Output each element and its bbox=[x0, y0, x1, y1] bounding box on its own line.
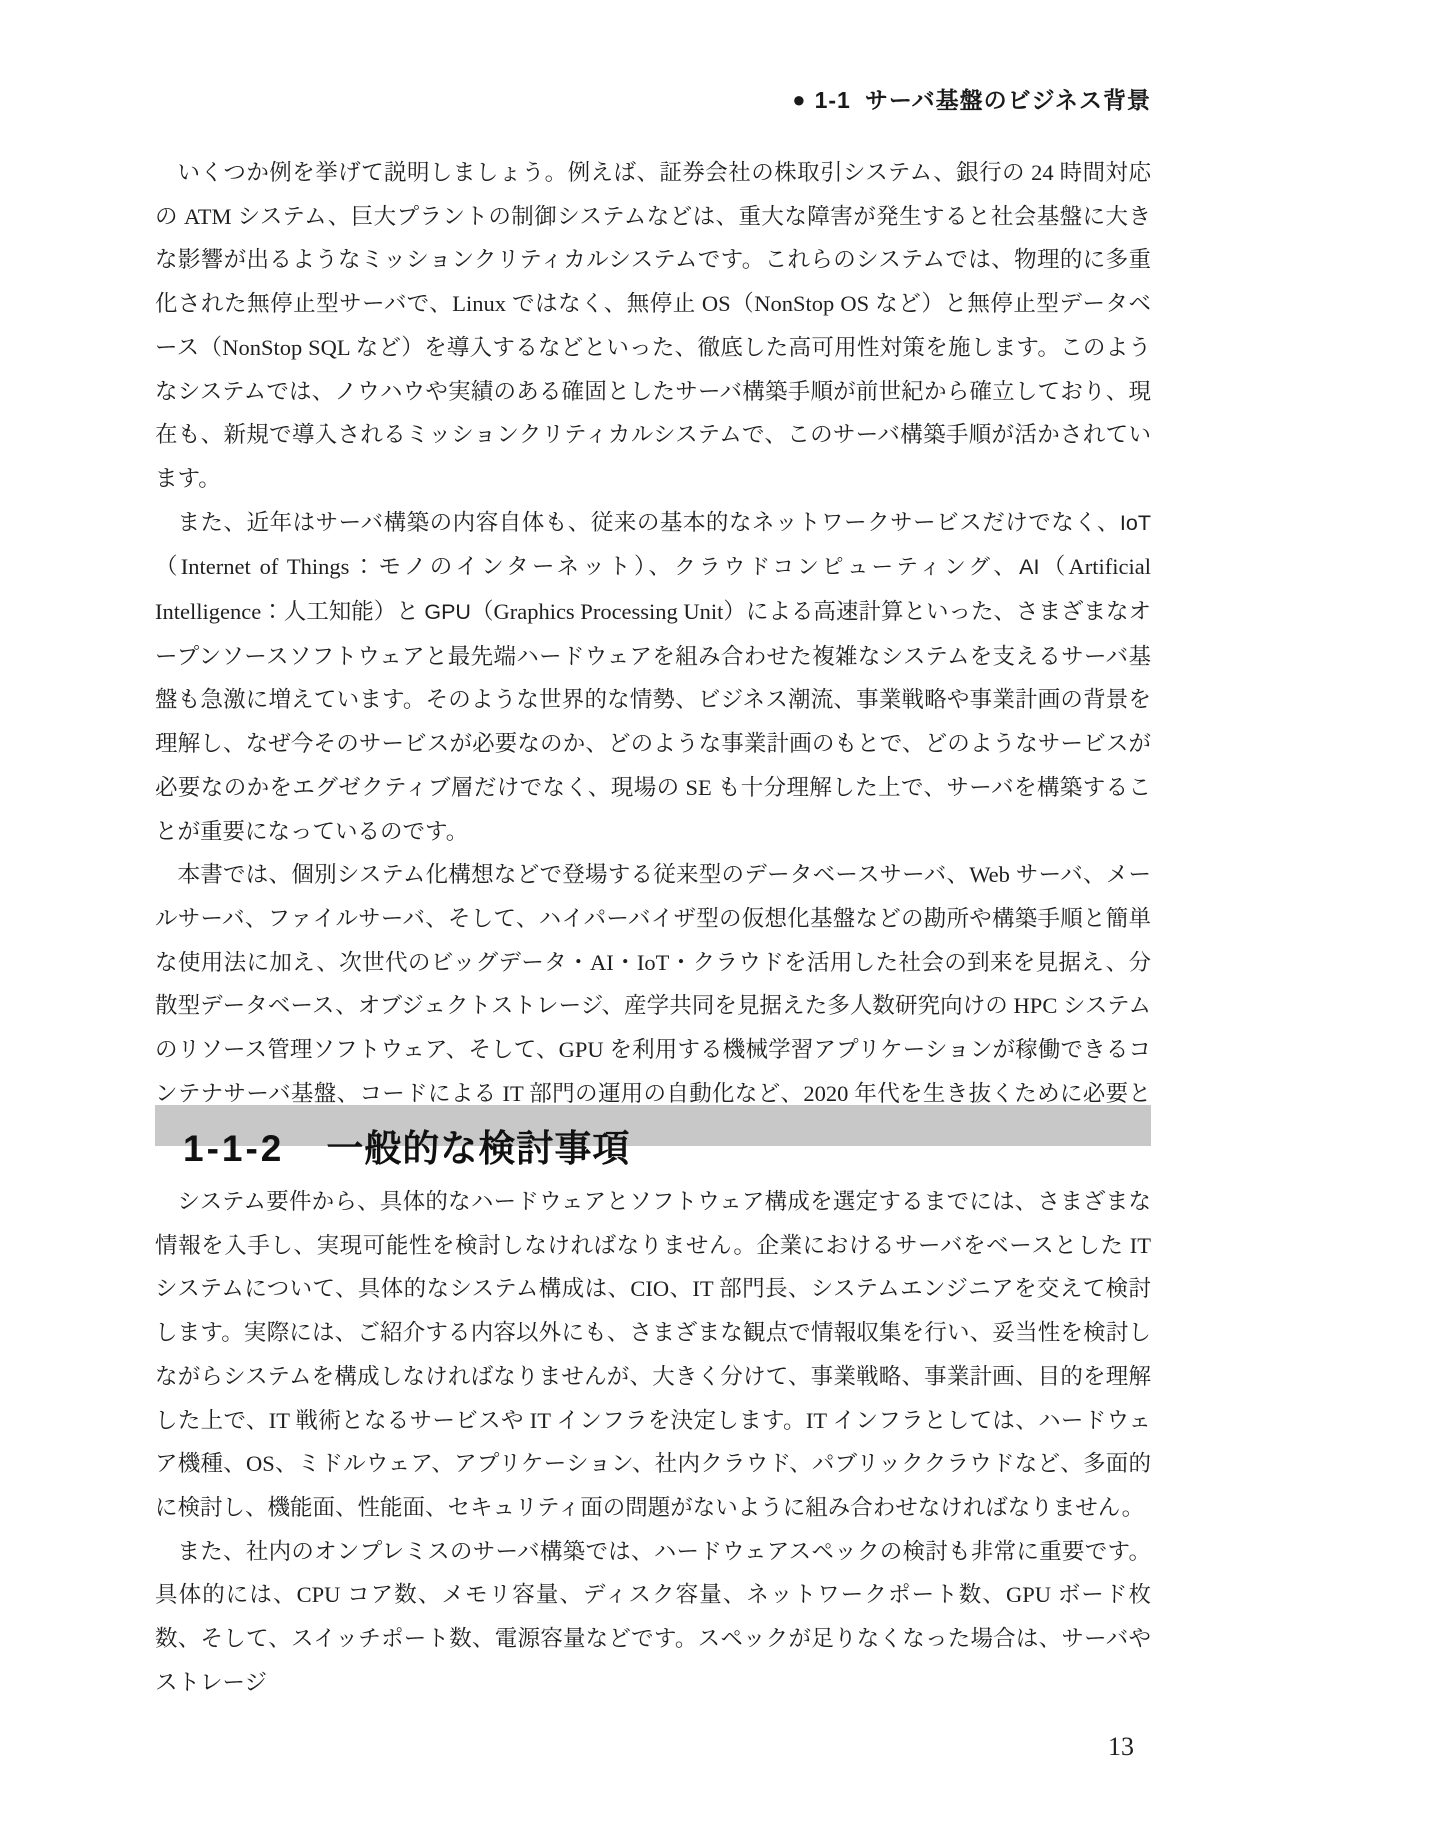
running-header-number: 1-1 bbox=[815, 87, 851, 113]
book-page: ●1-1サーバ基盤のビジネス背景 いくつか例を挙げて説明しましょう。例えば、証券… bbox=[0, 0, 1433, 1827]
section-bullet-icon: ● bbox=[792, 87, 806, 112]
body-text-run: システム要件から、具体的なハードウェアとソフトウェア構成を選定するまでには、さま… bbox=[155, 1189, 1151, 1520]
body-text-run: 、 bbox=[993, 554, 1019, 579]
body-text-run: いくつか例を挙げて説明しましょう。例えば、証券会社の株取引システム、銀行の 24… bbox=[155, 160, 1151, 491]
paragraph: いくつか例を挙げて説明しましょう。例えば、証券会社の株取引システム、銀行の 24… bbox=[155, 151, 1151, 501]
body-text-run: また、近年はサーバ構築の内容自体も、従来の基本的なネットワークサービスだけでなく… bbox=[178, 510, 1120, 535]
section-heading-title: 一般的な検討事項 bbox=[326, 1128, 630, 1169]
keyword-gothic: GPU bbox=[424, 600, 471, 624]
paragraph: また、近年はサーバ構築の内容自体も、従来の基本的なネットワークサービスだけでなく… bbox=[155, 501, 1151, 854]
section-heading-text: 1-1-2一般的な検討事項 bbox=[183, 1118, 630, 1172]
body-text-run: また、社内のオンプレミスのサーバ構築では、ハードウェアスペックの検討も非常に重要… bbox=[155, 1539, 1151, 1695]
page-number: 13 bbox=[1108, 1732, 1134, 1762]
body-text-top: いくつか例を挙げて説明しましょう。例えば、証券会社の株取引システム、銀行の 24… bbox=[155, 151, 1151, 1159]
body-text-run: （Graphics Processing Unit）による高速計算といった、さま… bbox=[155, 599, 1151, 844]
running-header: ●1-1サーバ基盤のビジネス背景 bbox=[155, 82, 1151, 115]
paragraph: また、社内のオンプレミスのサーバ構築では、ハードウェアスペックの検討も非常に重要… bbox=[155, 1530, 1151, 1705]
body-text-run: （Internet of Things：モノのインターネット）、 bbox=[155, 554, 674, 579]
paragraph: システム要件から、具体的なハードウェアとソフトウェア構成を選定するまでには、さま… bbox=[155, 1180, 1151, 1530]
section-heading-number: 1-1-2 bbox=[183, 1128, 284, 1169]
keyword-gothic: IoT bbox=[1120, 511, 1151, 535]
section-heading-1-1-2: 1-1-2一般的な検討事項 bbox=[155, 1105, 1151, 1146]
keyword-gothic: AI bbox=[1019, 555, 1039, 579]
running-header-title: サーバ基盤のビジネス背景 bbox=[865, 87, 1151, 113]
body-text-bottom: システム要件から、具体的なハードウェアとソフトウェア構成を選定するまでには、さま… bbox=[155, 1180, 1151, 1704]
keyword-gothic: クラウドコンピューティング bbox=[674, 555, 993, 579]
